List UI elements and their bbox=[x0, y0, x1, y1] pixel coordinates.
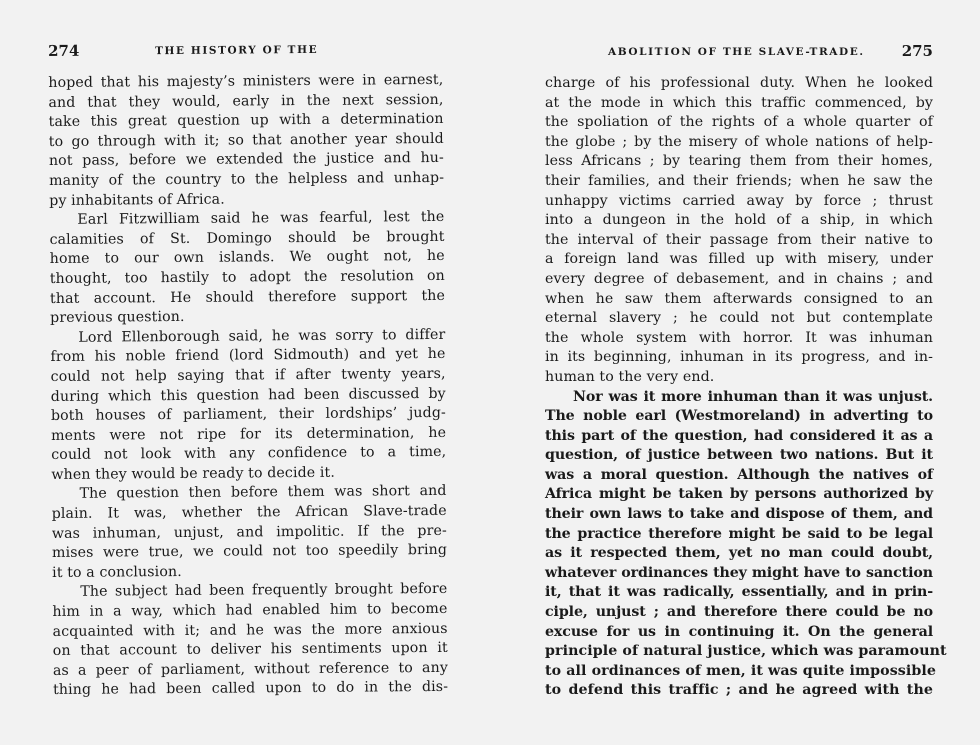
text-line: him in a way, which had enabled him to b… bbox=[52, 600, 447, 623]
text-line: less Africans ; by tearing them from the… bbox=[545, 152, 933, 172]
text-line: was a moral question. Although the nativ… bbox=[545, 466, 933, 486]
left-page: 274 THE HISTORY OF THE hoped that his ma… bbox=[48, 41, 448, 701]
text-line: every degree of debasement, and in chain… bbox=[545, 270, 933, 290]
text-line: the spoliation of the rights of a whole … bbox=[545, 113, 933, 133]
text-line: whatever ordinances they might have to s… bbox=[545, 564, 933, 584]
text-line: hoped that his majesty’s ministers were … bbox=[48, 71, 443, 94]
text-line: the practice therefore might be said to … bbox=[545, 525, 933, 545]
text-line: Africa might be taken by persons authori… bbox=[545, 485, 933, 505]
text-line: at the mode in which this traffic commen… bbox=[545, 94, 933, 114]
text-line: to all ordinances of men, it was quite i… bbox=[545, 662, 933, 682]
text-line: as it respected them, yet no man could d… bbox=[545, 544, 933, 564]
text-line: mises were true, we could not too speedi… bbox=[52, 541, 447, 564]
text-line: eternal slavery ; he could not but conte… bbox=[545, 309, 933, 329]
text-line: that account. He should therefore suppor… bbox=[50, 286, 445, 309]
text-line: could not look with any confidence to a … bbox=[51, 443, 446, 466]
text-line: the globe ; by the misery of whole natio… bbox=[545, 133, 933, 153]
text-line: human to the very end. bbox=[545, 368, 933, 388]
text-line: both houses of parliament, their lordshi… bbox=[51, 404, 446, 427]
right-page: ABOLITION OF THE SLAVE-TRADE. 275 charge… bbox=[545, 44, 933, 701]
text-line: thing he had been called upon to do in t… bbox=[53, 678, 448, 701]
left-page-body: hoped that his majesty’s ministers were … bbox=[48, 71, 448, 701]
text-line: excuse for us in continuing it. On the g… bbox=[545, 623, 933, 643]
text-line: Earl Fitzwilliam said he was fearful, le… bbox=[49, 208, 444, 231]
right-page-number: 275 bbox=[902, 42, 933, 60]
text-line: Nor was it more inhuman than it was unju… bbox=[545, 388, 933, 408]
left-running-head: 274 THE HISTORY OF THE bbox=[48, 41, 443, 66]
text-line: thought, too hastily to adopt the resolu… bbox=[50, 267, 445, 290]
text-line: the interval of their passage from their… bbox=[545, 231, 933, 251]
text-line: the whole system with horror. It was inh… bbox=[545, 329, 933, 349]
right-page-body: charge of his professional duty. When he… bbox=[545, 74, 933, 701]
text-line: their families, and their friends; when … bbox=[545, 172, 933, 192]
left-page-number: 274 bbox=[48, 42, 79, 60]
text-line: could not help saying that if after twen… bbox=[51, 365, 446, 388]
text-line: a foreign land was filled up with misery… bbox=[545, 250, 933, 270]
right-running-title: ABOLITION OF THE SLAVE-TRADE. bbox=[608, 46, 865, 58]
text-line: unhappy victims carried away by force ; … bbox=[545, 192, 933, 212]
text-line: in its beginning, inhuman in its progres… bbox=[545, 348, 933, 368]
text-line: manity of the country to the helpless an… bbox=[49, 169, 444, 192]
text-line: plain. It was, whether the African Slave… bbox=[52, 502, 447, 525]
right-running-head: ABOLITION OF THE SLAVE-TRADE. 275 bbox=[545, 44, 933, 66]
text-line: charge of his professional duty. When he… bbox=[545, 74, 933, 94]
text-line: it, that it was radically, essentially, … bbox=[545, 583, 933, 603]
text-line: their own laws to take and dispose of th… bbox=[545, 505, 933, 525]
text-line: to defend this traffic ; and he agreed w… bbox=[545, 681, 933, 701]
text-line: The noble earl (Westmoreland) in adverti… bbox=[545, 407, 933, 427]
text-line: when he saw them afterwards consigned to… bbox=[545, 290, 933, 310]
text-line: ciple, unjust ; and therefore there coul… bbox=[545, 603, 933, 623]
text-line: question, of justice between two nations… bbox=[545, 446, 933, 466]
text-line: into a dungeon in the hold of a ship, in… bbox=[545, 211, 933, 231]
text-line: principle of natural justice, which was … bbox=[545, 642, 933, 662]
text-line: this part of the question, had considere… bbox=[545, 427, 933, 447]
left-running-title: THE HISTORY OF THE bbox=[155, 44, 318, 57]
